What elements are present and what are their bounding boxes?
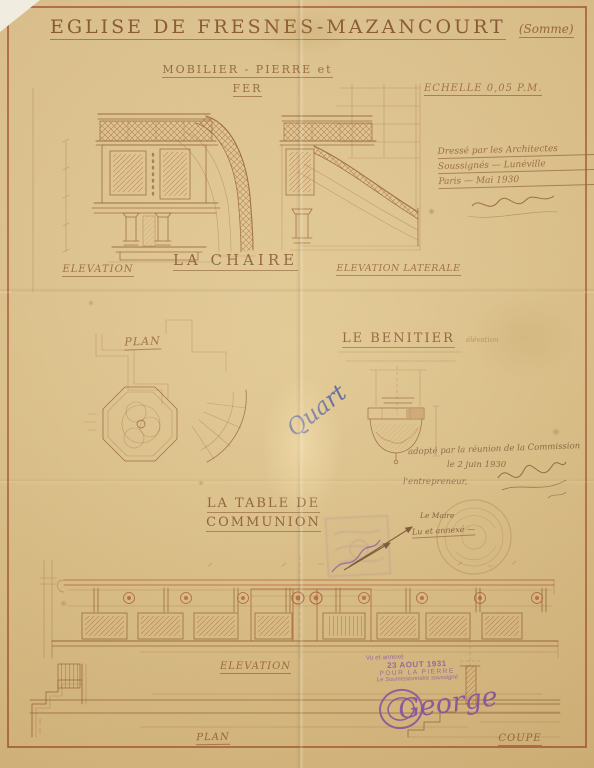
drawing-linework xyxy=(0,0,594,768)
communion-coupe-label: COUPE xyxy=(488,726,552,745)
chaire-title: LA CHAIRE xyxy=(168,250,303,269)
chaire-lateral-label: ELEVATION LATERALE xyxy=(326,256,471,275)
title-row: EGLISE DE FRESNES-MAZANCOURT (Somme) xyxy=(50,16,510,38)
communion-title: LA TABLE DE COMMUNION xyxy=(156,492,371,530)
approval-signature xyxy=(498,462,566,498)
page-title: EGLISE DE FRESNES-MAZANCOURT xyxy=(50,16,506,40)
communion-elevation-label: ELEVATION xyxy=(208,654,303,673)
drawing-sheet: EGLISE DE FRESNES-MAZANCOURT (Somme) MOB… xyxy=(0,0,594,768)
architect-signature xyxy=(468,196,558,217)
chaire-plan-label: PLAN xyxy=(105,329,181,351)
violet-stamp-block: Vu et annexé 23 AOUT 1931 POUR LA PIERRE… xyxy=(352,651,483,685)
benitier-note: élévation xyxy=(466,336,498,344)
communion-plan-label: PLAN xyxy=(178,724,248,744)
architects-block: Dressé par les Architectes Soussignés — … xyxy=(437,143,594,189)
subtitle: MOBILIER - PIERRE et FER xyxy=(155,58,340,96)
approval-note-line2: le 2 juin 1930 xyxy=(447,460,506,470)
scale-note: ECHELLE 0,05 P.M. xyxy=(424,83,542,94)
chaire-lateral-elevation-drawing xyxy=(280,84,420,250)
approval-note-line3: l'entrepreneur, xyxy=(403,477,467,487)
communion-table-elevation-drawing xyxy=(40,556,558,660)
rail-posts xyxy=(94,588,546,612)
round-stamp xyxy=(432,495,516,579)
architects-line2: Soussignés — Lunéville xyxy=(438,158,594,174)
benitier-title: LE BENITIER xyxy=(342,331,455,348)
chaire-elevation-label: ELEVATION xyxy=(48,257,148,276)
rail-panels xyxy=(82,613,522,639)
title-region-note: (Somme) xyxy=(519,22,574,38)
chaire-elevation-drawing xyxy=(63,114,256,262)
benitier-heading: LE BENITIER élévation xyxy=(342,327,498,346)
mayor-note-line1: Le Maire xyxy=(420,511,454,520)
